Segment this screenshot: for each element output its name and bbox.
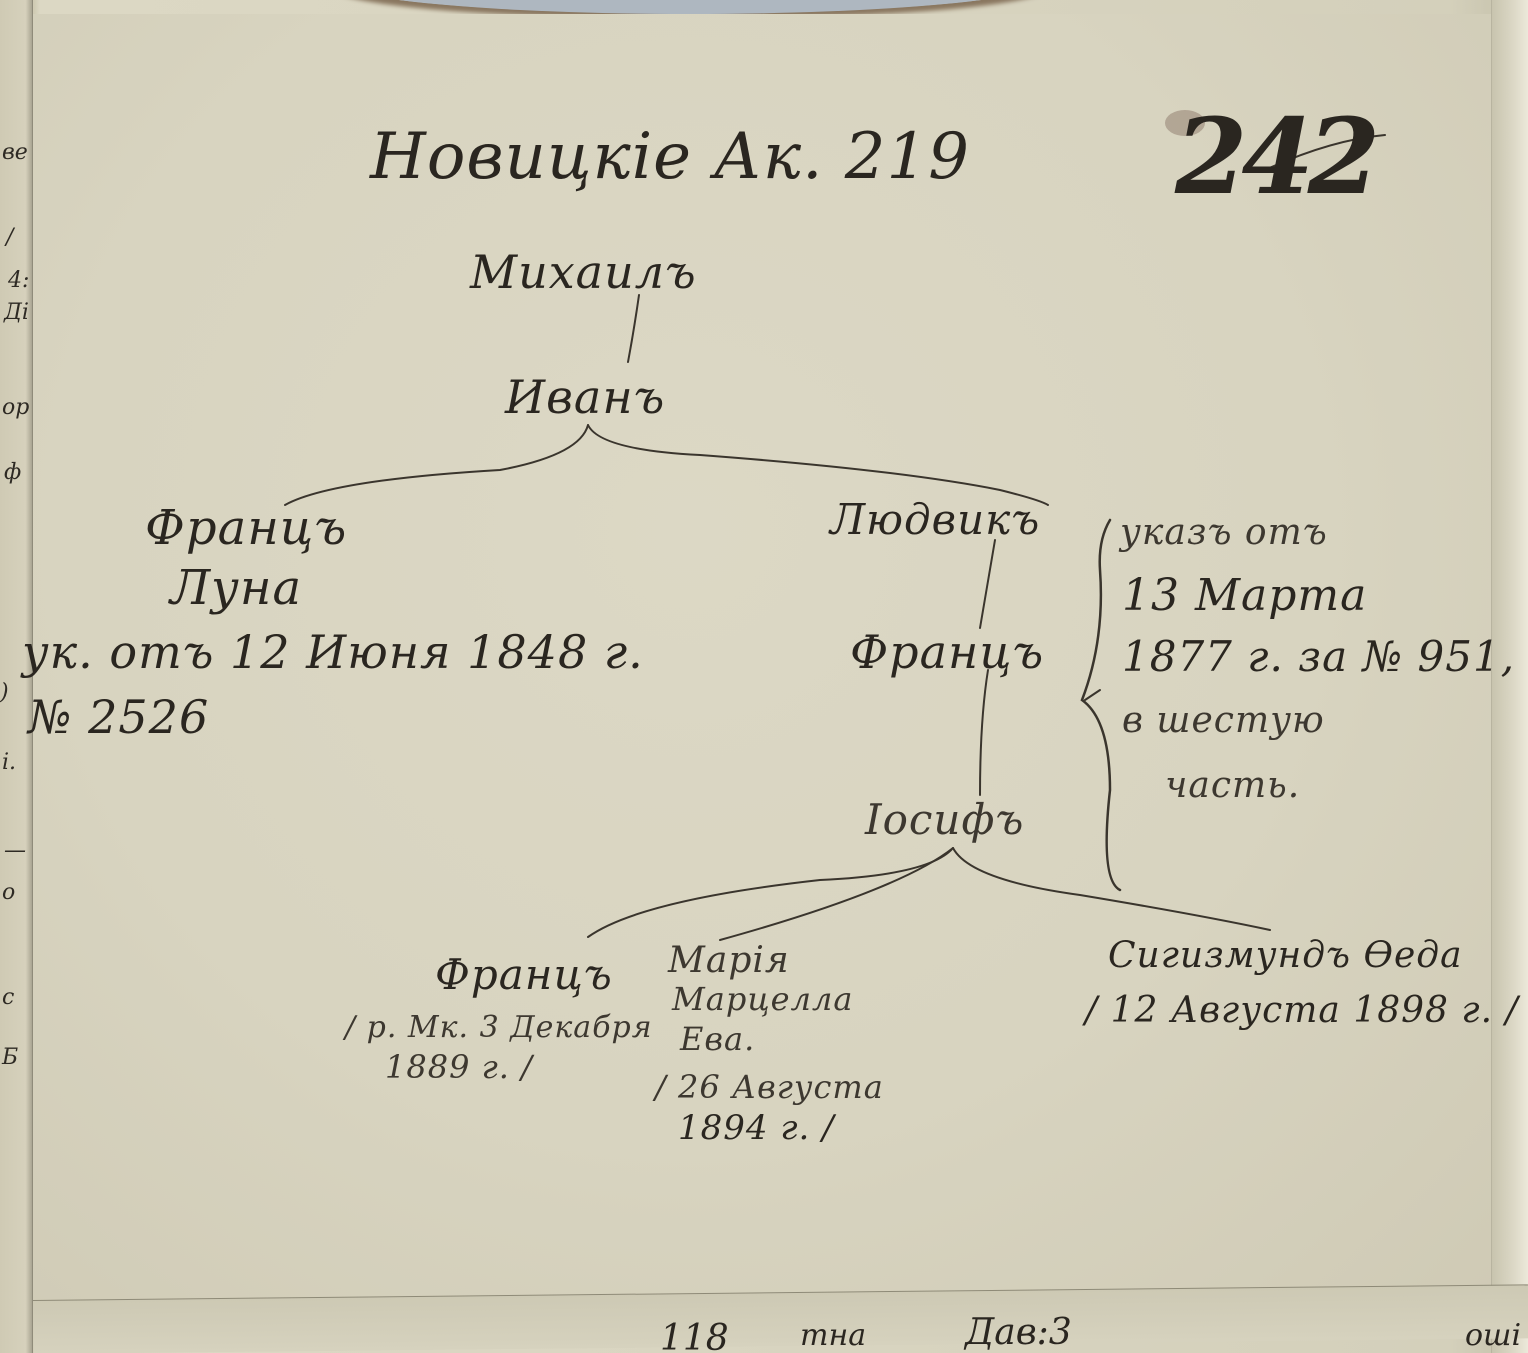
- side-note-line1: указъ отъ: [1120, 512, 1328, 553]
- person-franz-luna-surname: Луна: [170, 560, 302, 616]
- side-note-line4: в шестую: [1122, 700, 1325, 741]
- child-maria-note-line2: 1894 г. /: [678, 1108, 835, 1148]
- child-maria-name-line2: Марцелла: [672, 980, 853, 1018]
- decree-note-line1: ук. отъ 12 Июня 1848 г.: [22, 625, 644, 679]
- bottom-fragment: оші: [1465, 1318, 1521, 1353]
- child-sigismund-note: / 12 Августа 1898 г. /: [1085, 990, 1519, 1031]
- person-ludwik: Людвикъ: [830, 495, 1040, 544]
- page-number: 242: [1175, 95, 1374, 218]
- decree-note-line2: № 2526: [28, 690, 209, 744]
- person-mikhail: Михаилъ: [470, 245, 697, 299]
- child-maria-name-line3: Ева.: [680, 1020, 755, 1058]
- bottom-fragment: 118: [660, 1318, 729, 1353]
- person-franz-luna-name: Францъ: [145, 500, 347, 556]
- document-title: Новицкіе Ак. 219: [370, 120, 970, 194]
- child-maria-note-line1: / 26 Августа: [655, 1068, 884, 1106]
- connector-ivan-franz: [285, 425, 588, 505]
- child-franz-name: Францъ: [435, 950, 613, 999]
- child-franz-note-line1: / р. Мк. 3 Декабря: [345, 1010, 653, 1045]
- connector-ivan-ludwik: [588, 425, 1048, 505]
- side-note-line5: часть.: [1165, 765, 1300, 806]
- bottom-fragment: тна: [800, 1318, 866, 1353]
- bottom-fragment: Дав:3: [965, 1312, 1072, 1353]
- person-franz-gen4: Францъ: [850, 625, 1044, 679]
- child-maria-name-line1: Марія: [668, 940, 790, 981]
- child-sigismund-name: Сигизмундъ Ѳеда: [1108, 935, 1463, 976]
- person-iosif: Іосифъ: [865, 795, 1024, 844]
- connector-michael-ivan: [628, 295, 639, 362]
- child-franz-note-line2: 1889 г. /: [385, 1048, 533, 1086]
- side-note-line3: 1877 г. за № 951,: [1122, 632, 1515, 681]
- person-ivan: Иванъ: [505, 370, 665, 424]
- side-note-line2: 13 Марта: [1122, 570, 1367, 621]
